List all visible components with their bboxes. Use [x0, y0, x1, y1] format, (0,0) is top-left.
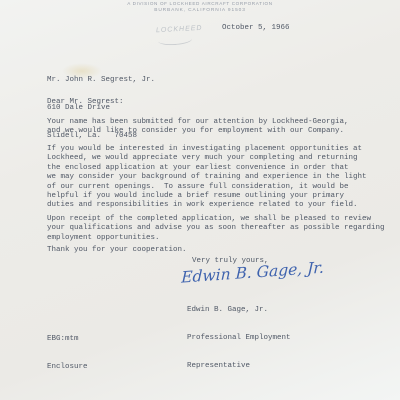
letter-date: October 5, 1966 — [222, 24, 290, 33]
letter-page: A DIVISION OF LOCKHEED AIRCRAFT CORPORAT… — [0, 0, 400, 400]
body-paragraph-3: Upon receipt of the completed applicatio… — [47, 215, 385, 243]
signed-name: Edwin B. Gage, Jr. — [187, 306, 291, 315]
body-paragraph-1: Your name has been submitted for our att… — [47, 118, 349, 137]
reference-initials: EBG:mtm — [47, 335, 88, 344]
salutation: Dear Mr. Segrest: — [47, 98, 124, 107]
signer-title-line-2: Representative — [187, 362, 291, 371]
signed-name-block: Edwin B. Gage, Jr. Professional Employme… — [187, 287, 291, 390]
lockheed-watermark-swoosh-icon — [158, 34, 193, 46]
signer-title-line-1: Professional Employment — [187, 334, 291, 343]
letterhead-address-line: BURBANK, CALIFORNIA 91503 — [0, 8, 400, 13]
body-paragraph-2: If you would be interested in investigat… — [47, 145, 367, 211]
letter-footer-block: EBG:mtm Enclosure — [47, 316, 88, 391]
enclosure-note: Enclosure — [47, 363, 88, 372]
letterhead-division-line: A DIVISION OF LOCKHEED AIRCRAFT CORPORAT… — [0, 1, 400, 6]
body-paragraph-4: Thank you for your cooperation. — [47, 246, 187, 255]
lockheed-watermark-stamp: LOCKHEED — [156, 25, 203, 34]
recipient-name: Mr. John R. Segrest, Jr. — [47, 76, 155, 85]
